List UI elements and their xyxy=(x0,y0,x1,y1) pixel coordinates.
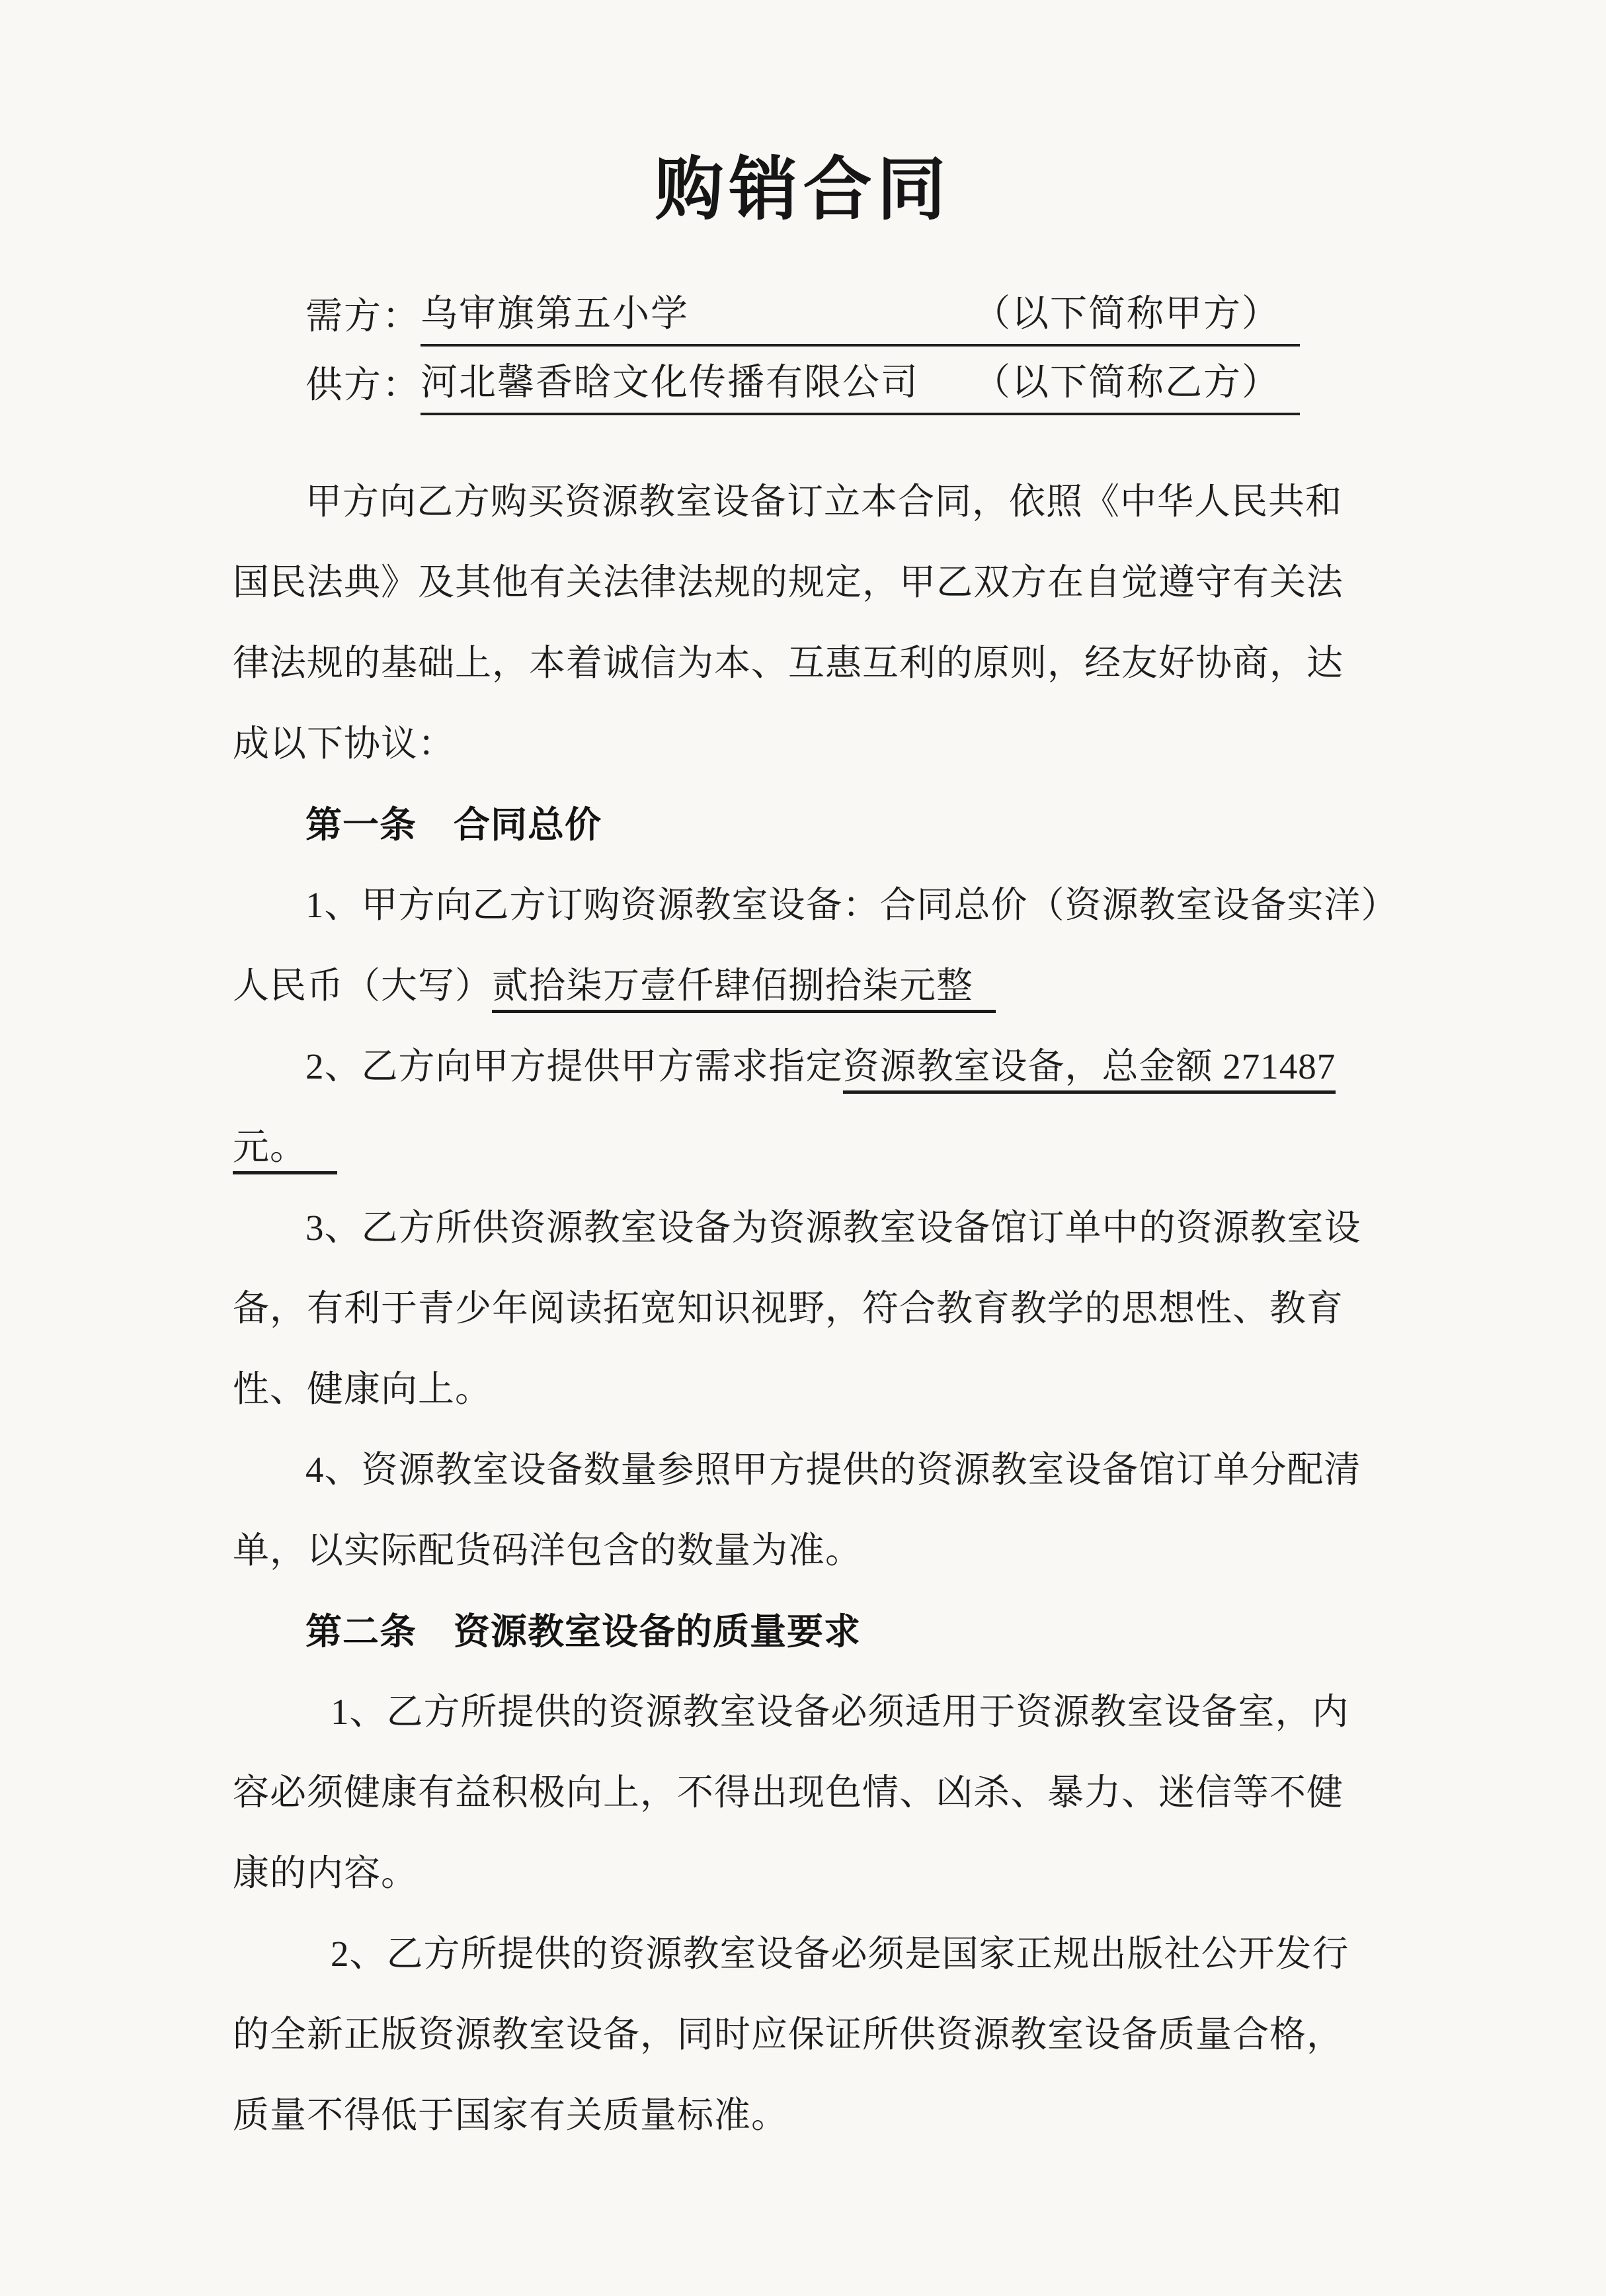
total-amount-underlined: 资源教室设备，总金额 271487 xyxy=(843,1046,1336,1094)
s1-item2-line2: 元。 xyxy=(233,1107,1396,1188)
s1-item1-line2: 人民币（大写）贰拾柒万壹仟肆佰捌拾柒元整 xyxy=(233,946,1396,1026)
party-row-buyer: 需方： 乌审旗第五小学 （以下简称甲方） xyxy=(305,278,1606,347)
s2-item2-line1: 2、乙方所提供的资源教室设备必须是国家正规出版社公开发行 xyxy=(233,1914,1396,1994)
s1-item3-line3: 性、健康向上。 xyxy=(233,1349,1396,1430)
seller-label: 供方： xyxy=(305,356,421,415)
preamble-line-1: 甲方向乙方购买资源教室设备订立本合同，依照《中华人民共和 xyxy=(233,462,1396,542)
s2-item1-line3: 康的内容。 xyxy=(233,1833,1396,1914)
s1-item2-line1: 2、乙方向甲方提供甲方需求指定资源教室设备，总金额 271487 xyxy=(233,1026,1396,1107)
preamble-line-4: 成以下协议： xyxy=(233,704,1396,784)
yuan-underlined: 元。 xyxy=(233,1127,337,1174)
amount-words-value: 贰拾柒万壹仟肆佰捌拾柒元整 xyxy=(492,965,996,1013)
s2-item2-line2: 的全新正版资源教室设备，同时应保证所供资源教室设备质量合格， xyxy=(233,1994,1396,2075)
buyer-name: 乌审旗第五小学 xyxy=(421,284,689,337)
buyer-underline: 乌审旗第五小学 （以下简称甲方） xyxy=(421,284,1300,347)
s1-item4-line1: 4、资源教室设备数量参照甲方提供的资源教室设备馆订单分配清 xyxy=(233,1430,1396,1510)
buyer-label: 需方： xyxy=(305,287,421,347)
s1-item4-line2: 单，以实际配货码洋包含的数量为准。 xyxy=(233,1510,1396,1591)
seller-underline: 河北馨香晗文化传播有限公司 （以下简称乙方） xyxy=(421,353,1300,415)
s1-item2-text: 2、乙方向甲方提供甲方需求指定 xyxy=(305,1046,843,1086)
party-row-seller: 供方： 河北馨香晗文化传播有限公司 （以下简称乙方） xyxy=(305,347,1606,415)
preamble-line-2: 国民法典》及其他有关法律法规的规定，甲乙双方在自觉遵守有关法 xyxy=(233,542,1396,623)
preamble-line-3: 律法规的基础上，本着诚信为本、互惠互利的原则，经友好协商，达 xyxy=(233,623,1396,704)
s1-item1-line1: 1、甲方向乙方订购资源教室设备：合同总价（资源教室设备实洋） xyxy=(233,865,1396,946)
contract-title: 购销合同 xyxy=(0,0,1606,231)
seller-alias: （以下简称乙方） xyxy=(973,353,1280,406)
contract-body: 甲方向乙方购买资源教室设备订立本合同，依照《中华人民共和 国民法典》及其他有关法… xyxy=(233,462,1396,2156)
seller-name: 河北馨香晗文化传播有限公司 xyxy=(421,353,919,406)
s2-item1-line2: 容必须健康有益积极向上，不得出现色情、凶杀、暴力、迷信等不健 xyxy=(233,1752,1396,1833)
section1-heading: 第一条 合同总价 xyxy=(233,784,1396,865)
s2-item1-line1: 1、乙方所提供的资源教室设备必须适用于资源教室设备室，内 xyxy=(233,1672,1396,1752)
s2-item2-line3: 质量不得低于国家有关质量标准。 xyxy=(233,2075,1396,2156)
buyer-alias: （以下简称甲方） xyxy=(973,284,1280,337)
section2-heading: 第二条 资源教室设备的质量要求 xyxy=(233,1591,1396,1672)
s1-item3-line2: 备，有利于青少年阅读拓宽知识视野，符合教育教学的思想性、教育 xyxy=(233,1268,1396,1349)
parties-block: 需方： 乌审旗第五小学 （以下简称甲方） 供方： 河北馨香晗文化传播有限公司 （… xyxy=(305,278,1606,415)
s1-item3-line1: 3、乙方所供资源教室设备为资源教室设备馆订单中的资源教室设 xyxy=(233,1188,1396,1268)
amount-words-label: 人民币（大写） xyxy=(233,965,492,1006)
contract-page: 购销合同 需方： 乌审旗第五小学 （以下简称甲方） 供方： 河北馨香晗文化传播有… xyxy=(0,0,1606,2296)
